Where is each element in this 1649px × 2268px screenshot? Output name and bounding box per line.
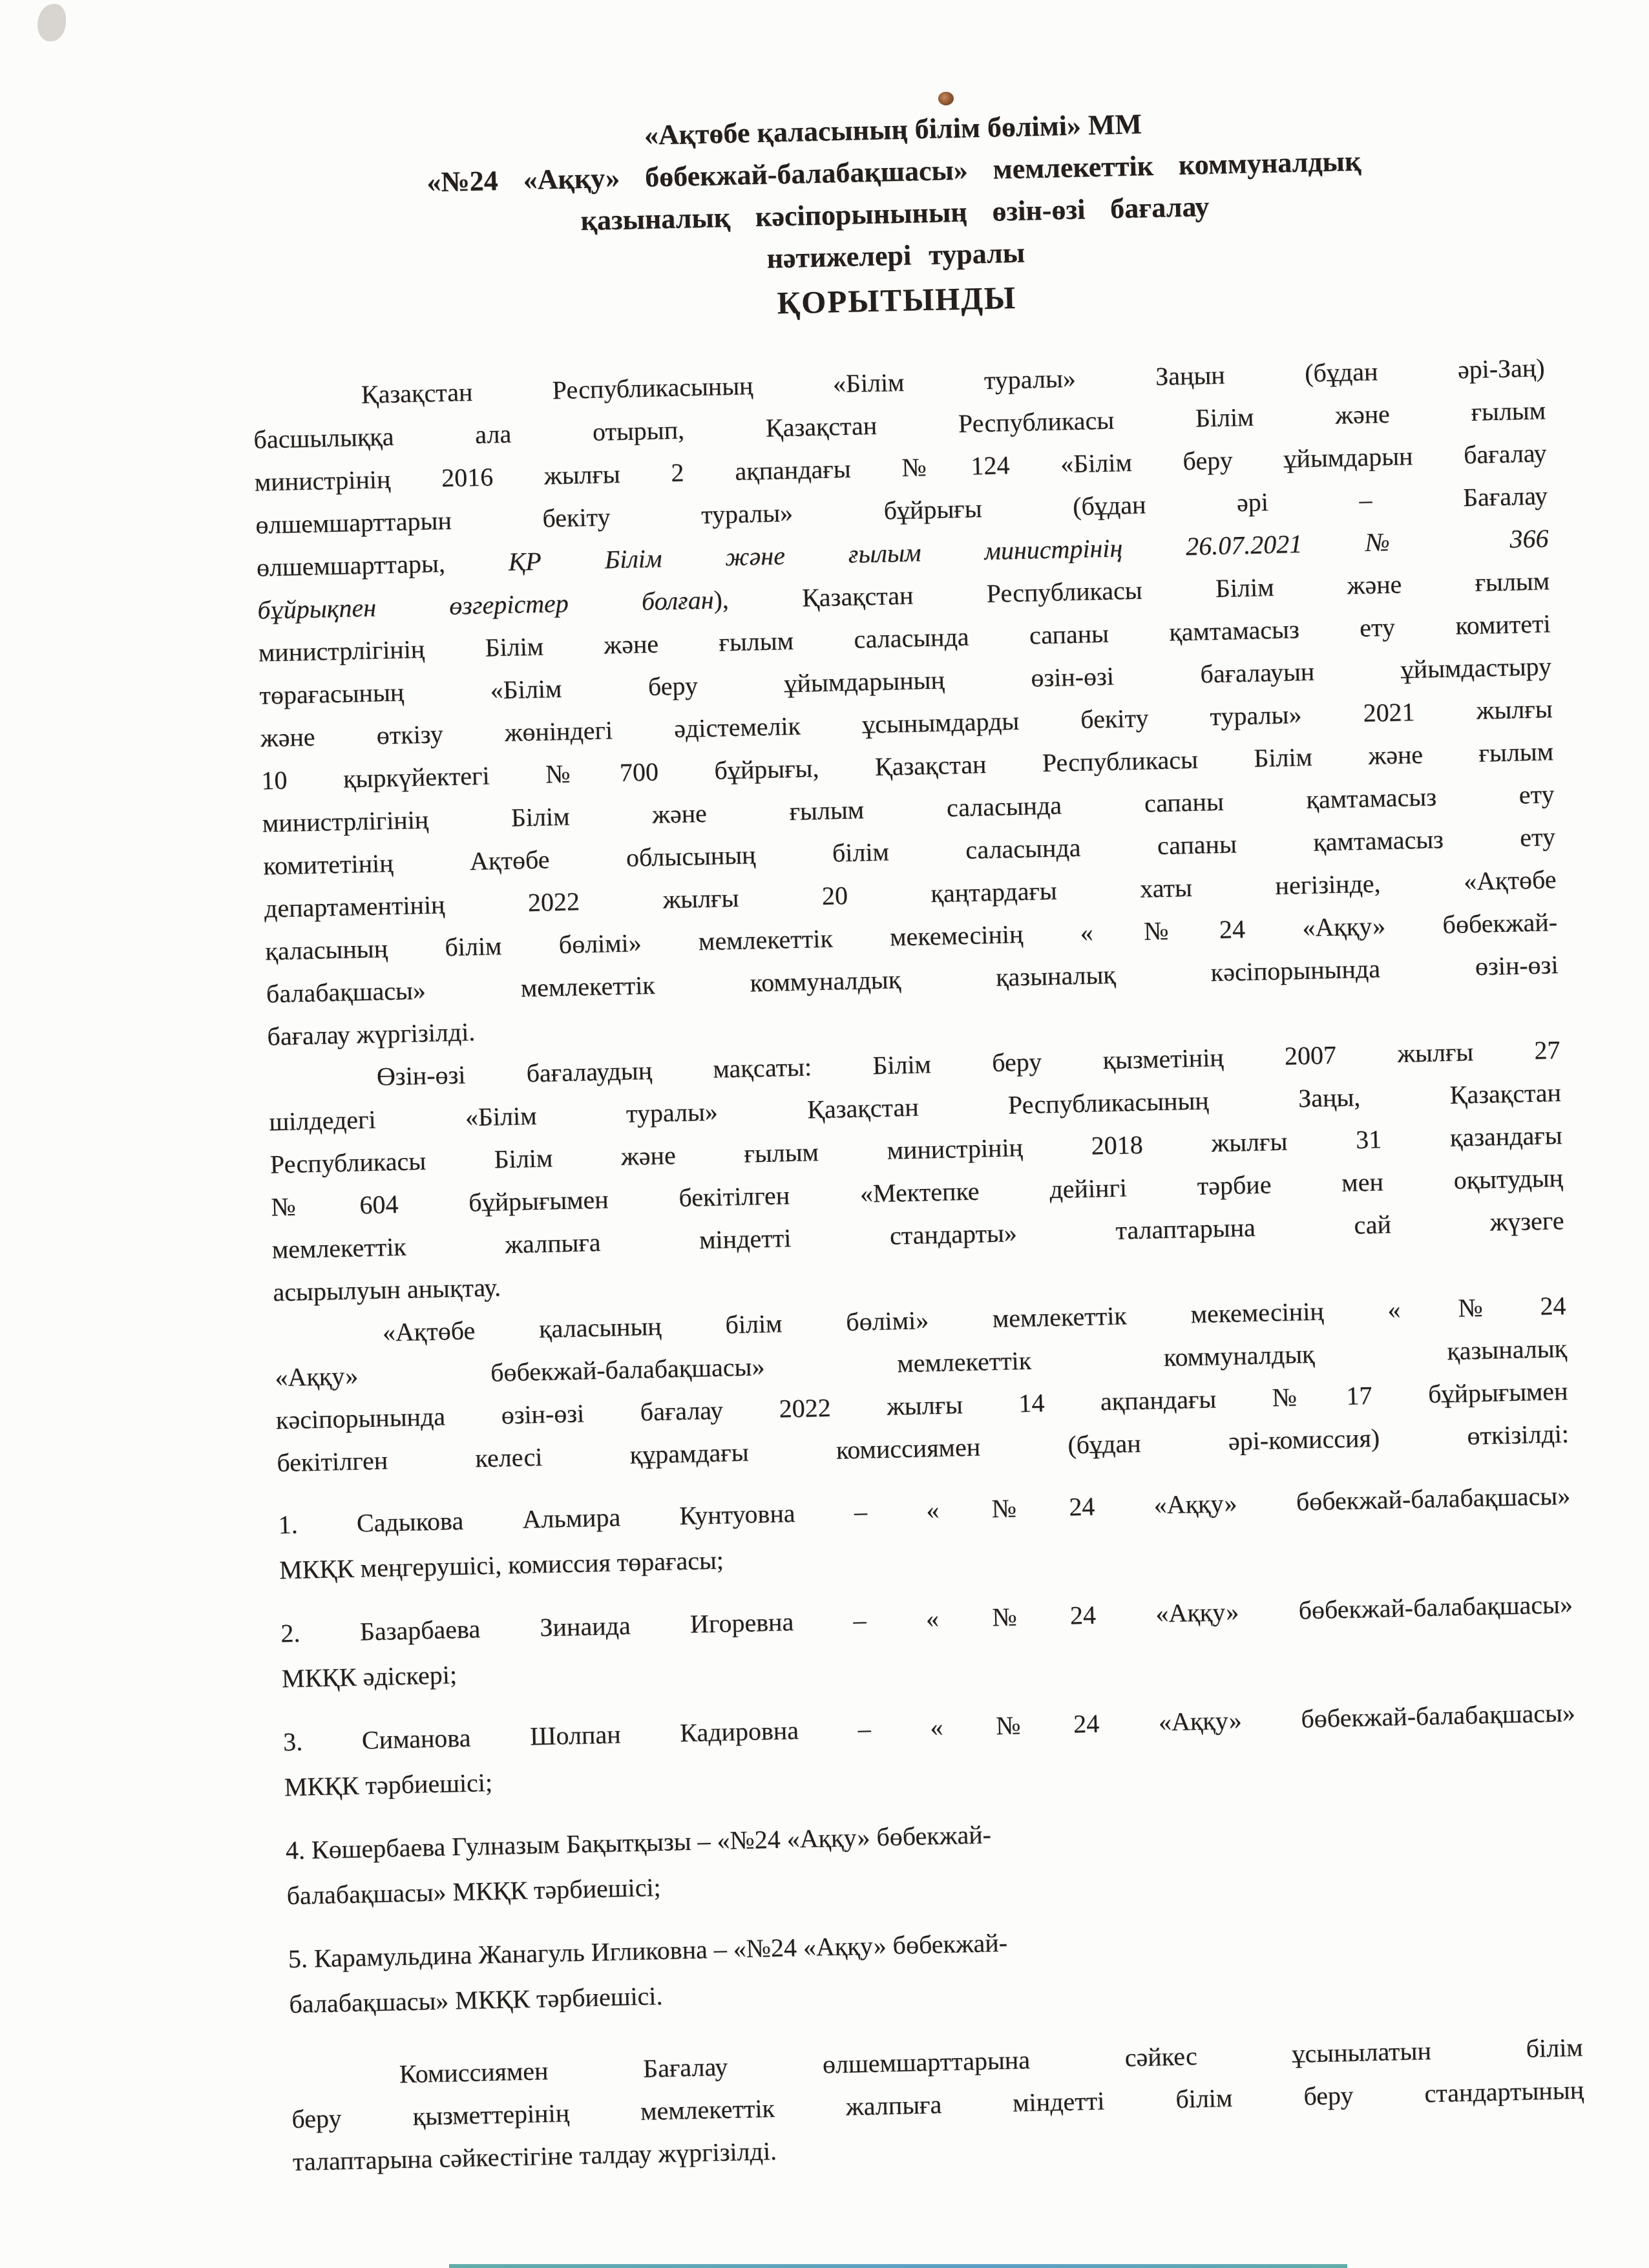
commission-member-5: 5. Карамульдина Жанагуль Игликовна – «№2…	[288, 1907, 1582, 2027]
commission-member-3: 3. Симанова Шолпан Кадировна – «№24 «Аққ…	[282, 1690, 1577, 1810]
scan-edge-artifact	[449, 2264, 1347, 2268]
ink-dot-artifact	[938, 92, 954, 105]
text-segment: 5. Карамульдина Жанагуль Игликовна – «№2…	[288, 1928, 1007, 1973]
text-segment: МКҚК тәрбиешісі;	[284, 1768, 492, 1801]
text-segment: 4. Көшербаева Гулназым Бақытқызы – «№24 …	[286, 1820, 992, 1865]
commission-member-1: 1. Садыкова Альмира Кунтуовна – «№24 «Ақ…	[278, 1473, 1572, 1593]
paragraph-legal-basis: Қазақстан Республикасының «Білім туралы»…	[252, 346, 1559, 1058]
commission-member-4: 4. Көшербаева Гулназым Бақытқызы – «№24 …	[285, 1799, 1579, 1918]
text-segment: бағалау жүргізілді.	[267, 1017, 476, 1051]
document-body: Қазақстан Республикасының «Білім туралы»…	[252, 346, 1585, 2183]
text-segment: балабақшасы» МКҚК тәрбиешісі.	[289, 1981, 663, 2019]
commission-member-2: 2. Базарбаева Зинаида Игоревна – «№24 «А…	[280, 1582, 1575, 1701]
scanned-page: «Ақтөбе қаласының білім бөлімі» ММ «№24 …	[0, 0, 1649, 2268]
scan-smudge-artifact	[37, 4, 66, 41]
text-segment: МКҚК меңгерушісі, комиссия төрағасы;	[279, 1546, 724, 1585]
document-title: «Ақтөбе қаласының білім бөлімі» ММ «№24 …	[246, 94, 1543, 335]
paragraph-compliance-analysis: Комиссиямен Бағалау өлшемшарттарына сәйк…	[290, 2026, 1585, 2183]
text-segment: бұйрықпен өзгерістер болған	[257, 585, 714, 625]
text-segment: өлшемшарттары,	[256, 547, 509, 582]
text-segment: балабақшасы» МКҚК тәрбиешісі;	[286, 1873, 661, 1910]
text-segment: талаптарына сәйкестігіне талдау жүргізіл…	[292, 2136, 777, 2176]
paragraph-commission-intro: «Ақтөбе қаласының білім бөлімі» мемлекет…	[273, 1285, 1569, 1484]
paragraph-self-assessment-goal: Өзін-өзі бағалаудың мақсаты: Білім беру …	[268, 1029, 1565, 1314]
document-content: «Ақтөбе қаласының білім бөлімі» ММ «№24 …	[246, 94, 1585, 2183]
text-segment: асырылуын анықтау.	[273, 1272, 501, 1307]
text-segment: МКҚК әдіскері;	[282, 1660, 457, 1693]
